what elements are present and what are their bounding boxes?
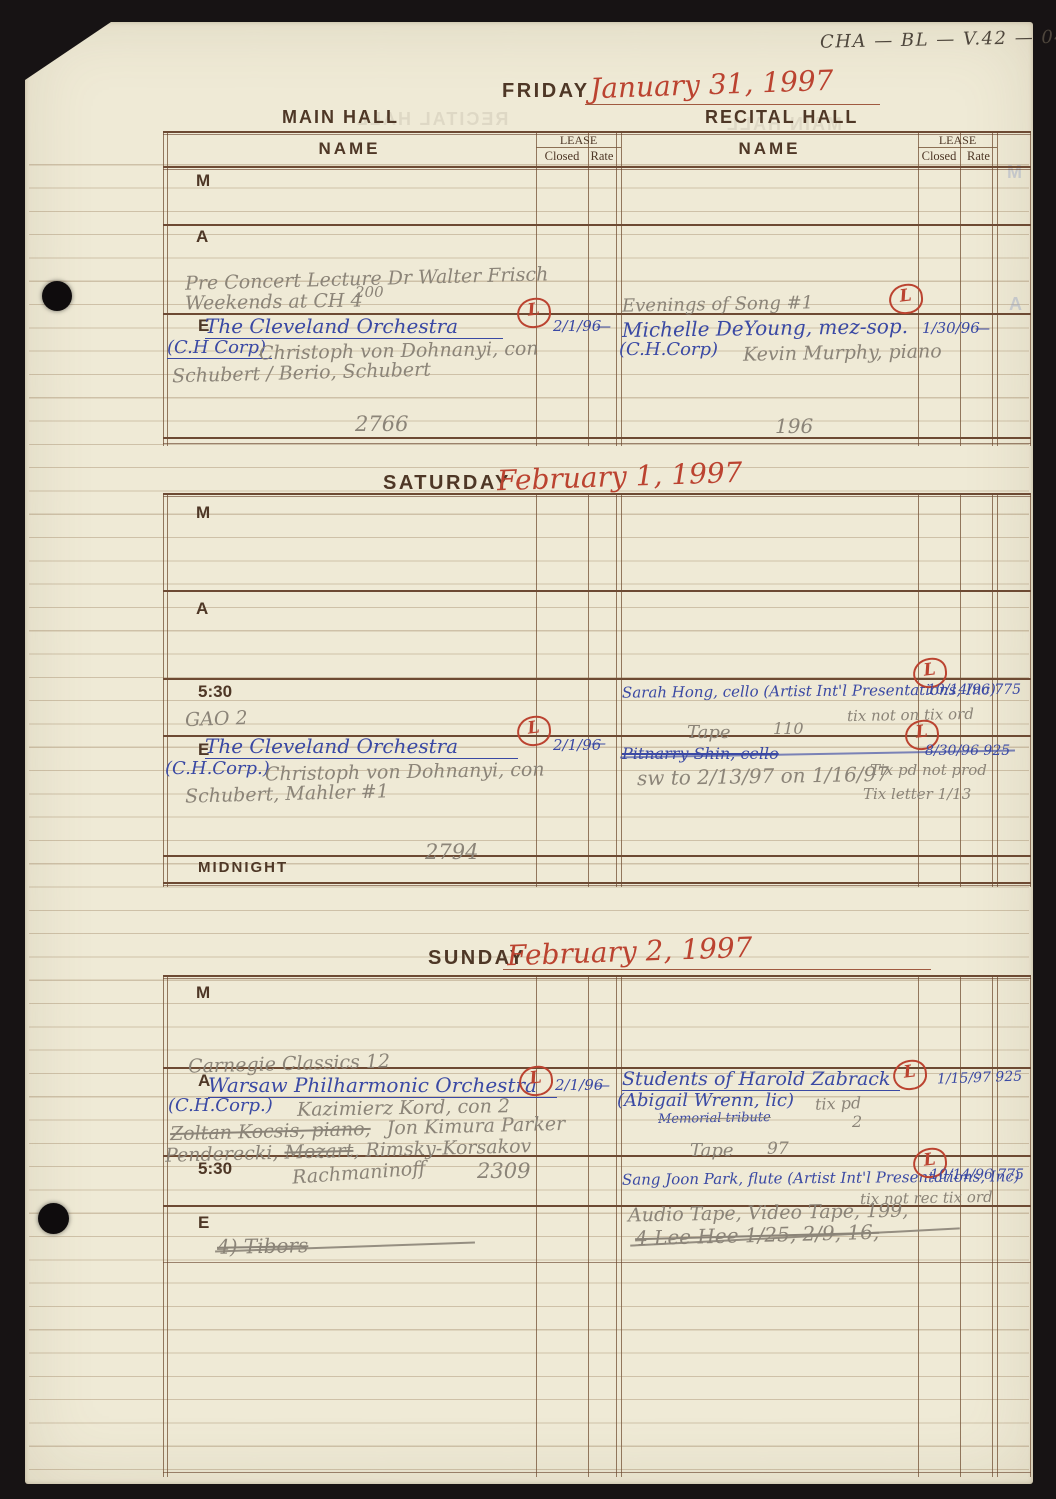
sunday-recital-lease-closed: 1/15/97 925 bbox=[937, 1069, 1023, 1088]
grid-line bbox=[997, 131, 998, 446]
friday-main-note2: Weekends at CH 4 bbox=[185, 289, 363, 314]
sunday-main-number: 2309 bbox=[477, 1159, 530, 1183]
saturday-recital-tape-label: Tape bbox=[687, 722, 731, 743]
catalog-code: CHA — BL — V.42 — 047 bbox=[820, 26, 1056, 52]
row-label-a: A bbox=[196, 599, 208, 619]
date-underline bbox=[585, 104, 880, 105]
day-title-friday: FRIDAY bbox=[502, 80, 590, 103]
sunday-main-program-2: , Rimsky-Korsakov bbox=[353, 1135, 531, 1162]
friday-main-artist: The Cleveland Orchestra bbox=[205, 314, 503, 339]
grid-line bbox=[621, 131, 622, 446]
grid-line bbox=[163, 978, 1031, 979]
friday-date-handwritten: January 31, 1997 bbox=[589, 64, 833, 105]
sunday-main-org: (C.H.Corp.) bbox=[168, 1095, 273, 1116]
name-header-recital: NAME bbox=[621, 139, 918, 159]
lease-header-main: LEASE bbox=[536, 133, 621, 148]
saturday-main-note1: GAO 2 bbox=[185, 707, 248, 731]
friday-recital-org: (C.H.Corp) bbox=[619, 339, 718, 360]
grid-line bbox=[163, 855, 1031, 857]
row-label-m: M bbox=[196, 983, 210, 1003]
friday-main-total: 2766 bbox=[355, 412, 408, 436]
friday-recital-lease-closed: 1/30/96 bbox=[922, 319, 980, 337]
row-label-530: 5:30 bbox=[198, 682, 232, 702]
grid-line bbox=[1030, 493, 1031, 887]
sunday-main-evening-struck: 4) Tibors bbox=[217, 1233, 309, 1259]
main-hall-label: MAIN HALL bbox=[282, 107, 399, 128]
grid-line bbox=[163, 975, 1031, 977]
sunday-recital-530-closed: 10/14/96 775 bbox=[930, 1167, 1024, 1183]
sunday-grid: M A 5:30 E bbox=[25, 975, 1033, 1477]
saturday-main-total: 2794 bbox=[425, 840, 478, 864]
row-label-e: E bbox=[198, 1213, 209, 1233]
friday-recital-series: Evenings of Song #1 bbox=[622, 292, 813, 316]
sunday-recital-memorial-note: Memorial tribute bbox=[658, 1110, 771, 1127]
saturday-recital-530-note: tix not on tix ord bbox=[847, 705, 974, 725]
friday-recital-total: 196 bbox=[775, 414, 813, 438]
friday-main-note-number: 200 bbox=[355, 283, 384, 301]
grid-line bbox=[621, 975, 622, 1477]
grid-line bbox=[167, 493, 168, 887]
sunday-recital-tape-label: Tape bbox=[690, 1140, 734, 1161]
grid-line bbox=[992, 131, 993, 446]
sunday-main-program-struck: Mozart bbox=[284, 1140, 354, 1164]
saturday-recital-evening-note3: Tix letter 1/13 bbox=[863, 785, 971, 803]
grid-line bbox=[960, 131, 961, 446]
grid-line bbox=[1030, 975, 1031, 1477]
sunday-main-program-1: Penderecki, bbox=[165, 1142, 285, 1167]
saturday-recital-evening-closed: 8/30/96 925 bbox=[925, 743, 1010, 759]
friday-recital-lease-rate: — bbox=[975, 319, 990, 337]
sunday-recital-note2: 2 bbox=[852, 1112, 862, 1131]
grid-line bbox=[163, 169, 1031, 170]
name-header-main: NAME bbox=[163, 139, 536, 159]
friday-main-lease-rate: — bbox=[596, 317, 611, 335]
grid-line bbox=[536, 131, 537, 446]
grid-line bbox=[163, 437, 1031, 439]
grid-line bbox=[163, 493, 1031, 495]
grid-line bbox=[616, 131, 617, 446]
grid-line bbox=[163, 443, 1031, 444]
grid-line bbox=[167, 131, 168, 446]
row-label-a: A bbox=[196, 227, 208, 247]
recital-hall-label: RECITAL HALL bbox=[705, 107, 858, 128]
date-underline bbox=[503, 969, 931, 970]
grid-line bbox=[163, 882, 1031, 884]
sunday-main-lease-rate: — bbox=[595, 1076, 610, 1094]
grid-line bbox=[588, 975, 589, 1477]
grid-line bbox=[163, 1472, 1031, 1473]
saturday-main-artist: The Cleveland Orchestra bbox=[205, 734, 518, 759]
closed-header-recital: Closed bbox=[918, 149, 960, 164]
scanned-ledger-screenshot: { "scan": { "catalog_code": "CHA — BL — … bbox=[0, 0, 1056, 1499]
grid-line bbox=[1030, 131, 1031, 446]
friday-recital-artist: Michelle DeYoung, mez-sop. bbox=[622, 314, 908, 342]
friday-recital-accompanist: Kevin Murphy, piano bbox=[743, 340, 942, 365]
day-title-saturday: SATURDAY bbox=[383, 472, 511, 495]
grid-line bbox=[163, 224, 1031, 226]
row-label-m: M bbox=[196, 503, 210, 523]
grid-line bbox=[163, 975, 164, 1477]
grid-line bbox=[960, 975, 961, 1477]
grid-line bbox=[163, 493, 164, 887]
grid-line bbox=[588, 131, 589, 446]
grid-line bbox=[616, 975, 617, 1477]
grid-line bbox=[167, 975, 168, 1477]
sunday-recital-org: (Abigail Wrenn, lic) bbox=[617, 1090, 794, 1111]
saturday-recital-tape-number: 110 bbox=[773, 719, 804, 738]
lease-header-recital: LEASE bbox=[918, 133, 997, 148]
rate-header-main: Rate bbox=[588, 149, 616, 164]
saturday-recital-evening-note2: Tix pd not prod bbox=[870, 761, 987, 779]
grid-line bbox=[992, 975, 993, 1477]
grid-line bbox=[163, 1262, 1031, 1263]
ledger-page: CHA — BL — V.42 — 047 FRIDAY January 31,… bbox=[25, 22, 1033, 1484]
saturday-recital-evening-note1: sw to 2/13/97 on 1/16/97 bbox=[637, 762, 889, 790]
grid-line bbox=[536, 975, 537, 1477]
grid-line bbox=[536, 493, 537, 887]
sunday-recital-tape-number: 97 bbox=[767, 1139, 789, 1159]
closed-header-main: Closed bbox=[536, 149, 588, 164]
grid-line bbox=[616, 493, 617, 887]
sunday-main-soloist: Jon Kimura Parker bbox=[386, 1113, 565, 1140]
grid-line bbox=[588, 493, 589, 887]
grid-line bbox=[163, 885, 1031, 886]
friday-main-lease-closed: 2/1/96 bbox=[553, 317, 601, 335]
grid-line bbox=[918, 975, 919, 1477]
grid-line bbox=[163, 678, 1031, 680]
row-label-midnight: MIDNIGHT bbox=[198, 859, 288, 876]
rate-header-recital: Rate bbox=[960, 149, 997, 164]
grid-line bbox=[163, 131, 164, 446]
saturday-main-org: (C.H.Corp.) bbox=[165, 758, 270, 779]
grid-line bbox=[163, 590, 1031, 592]
grid-line bbox=[163, 166, 1031, 168]
grid-line bbox=[997, 975, 998, 1477]
sunday-recital-artist: Students of Harold Zabrack bbox=[622, 1068, 900, 1091]
sunday-recital-note1: tix pd bbox=[815, 1093, 862, 1114]
page-corner-shadow bbox=[25, 22, 111, 80]
row-label-m: M bbox=[196, 171, 210, 191]
friday-grid: NAME NAME LEASE Closed Rate LEASE Closed… bbox=[25, 131, 1033, 446]
saturday-main-lease-rate: — bbox=[591, 734, 606, 752]
grid-line bbox=[163, 496, 1031, 497]
friday-main-org: (C.H Corp) bbox=[167, 337, 272, 359]
saturday-recital-530-closed: 10/14/96 775 bbox=[927, 682, 1021, 698]
